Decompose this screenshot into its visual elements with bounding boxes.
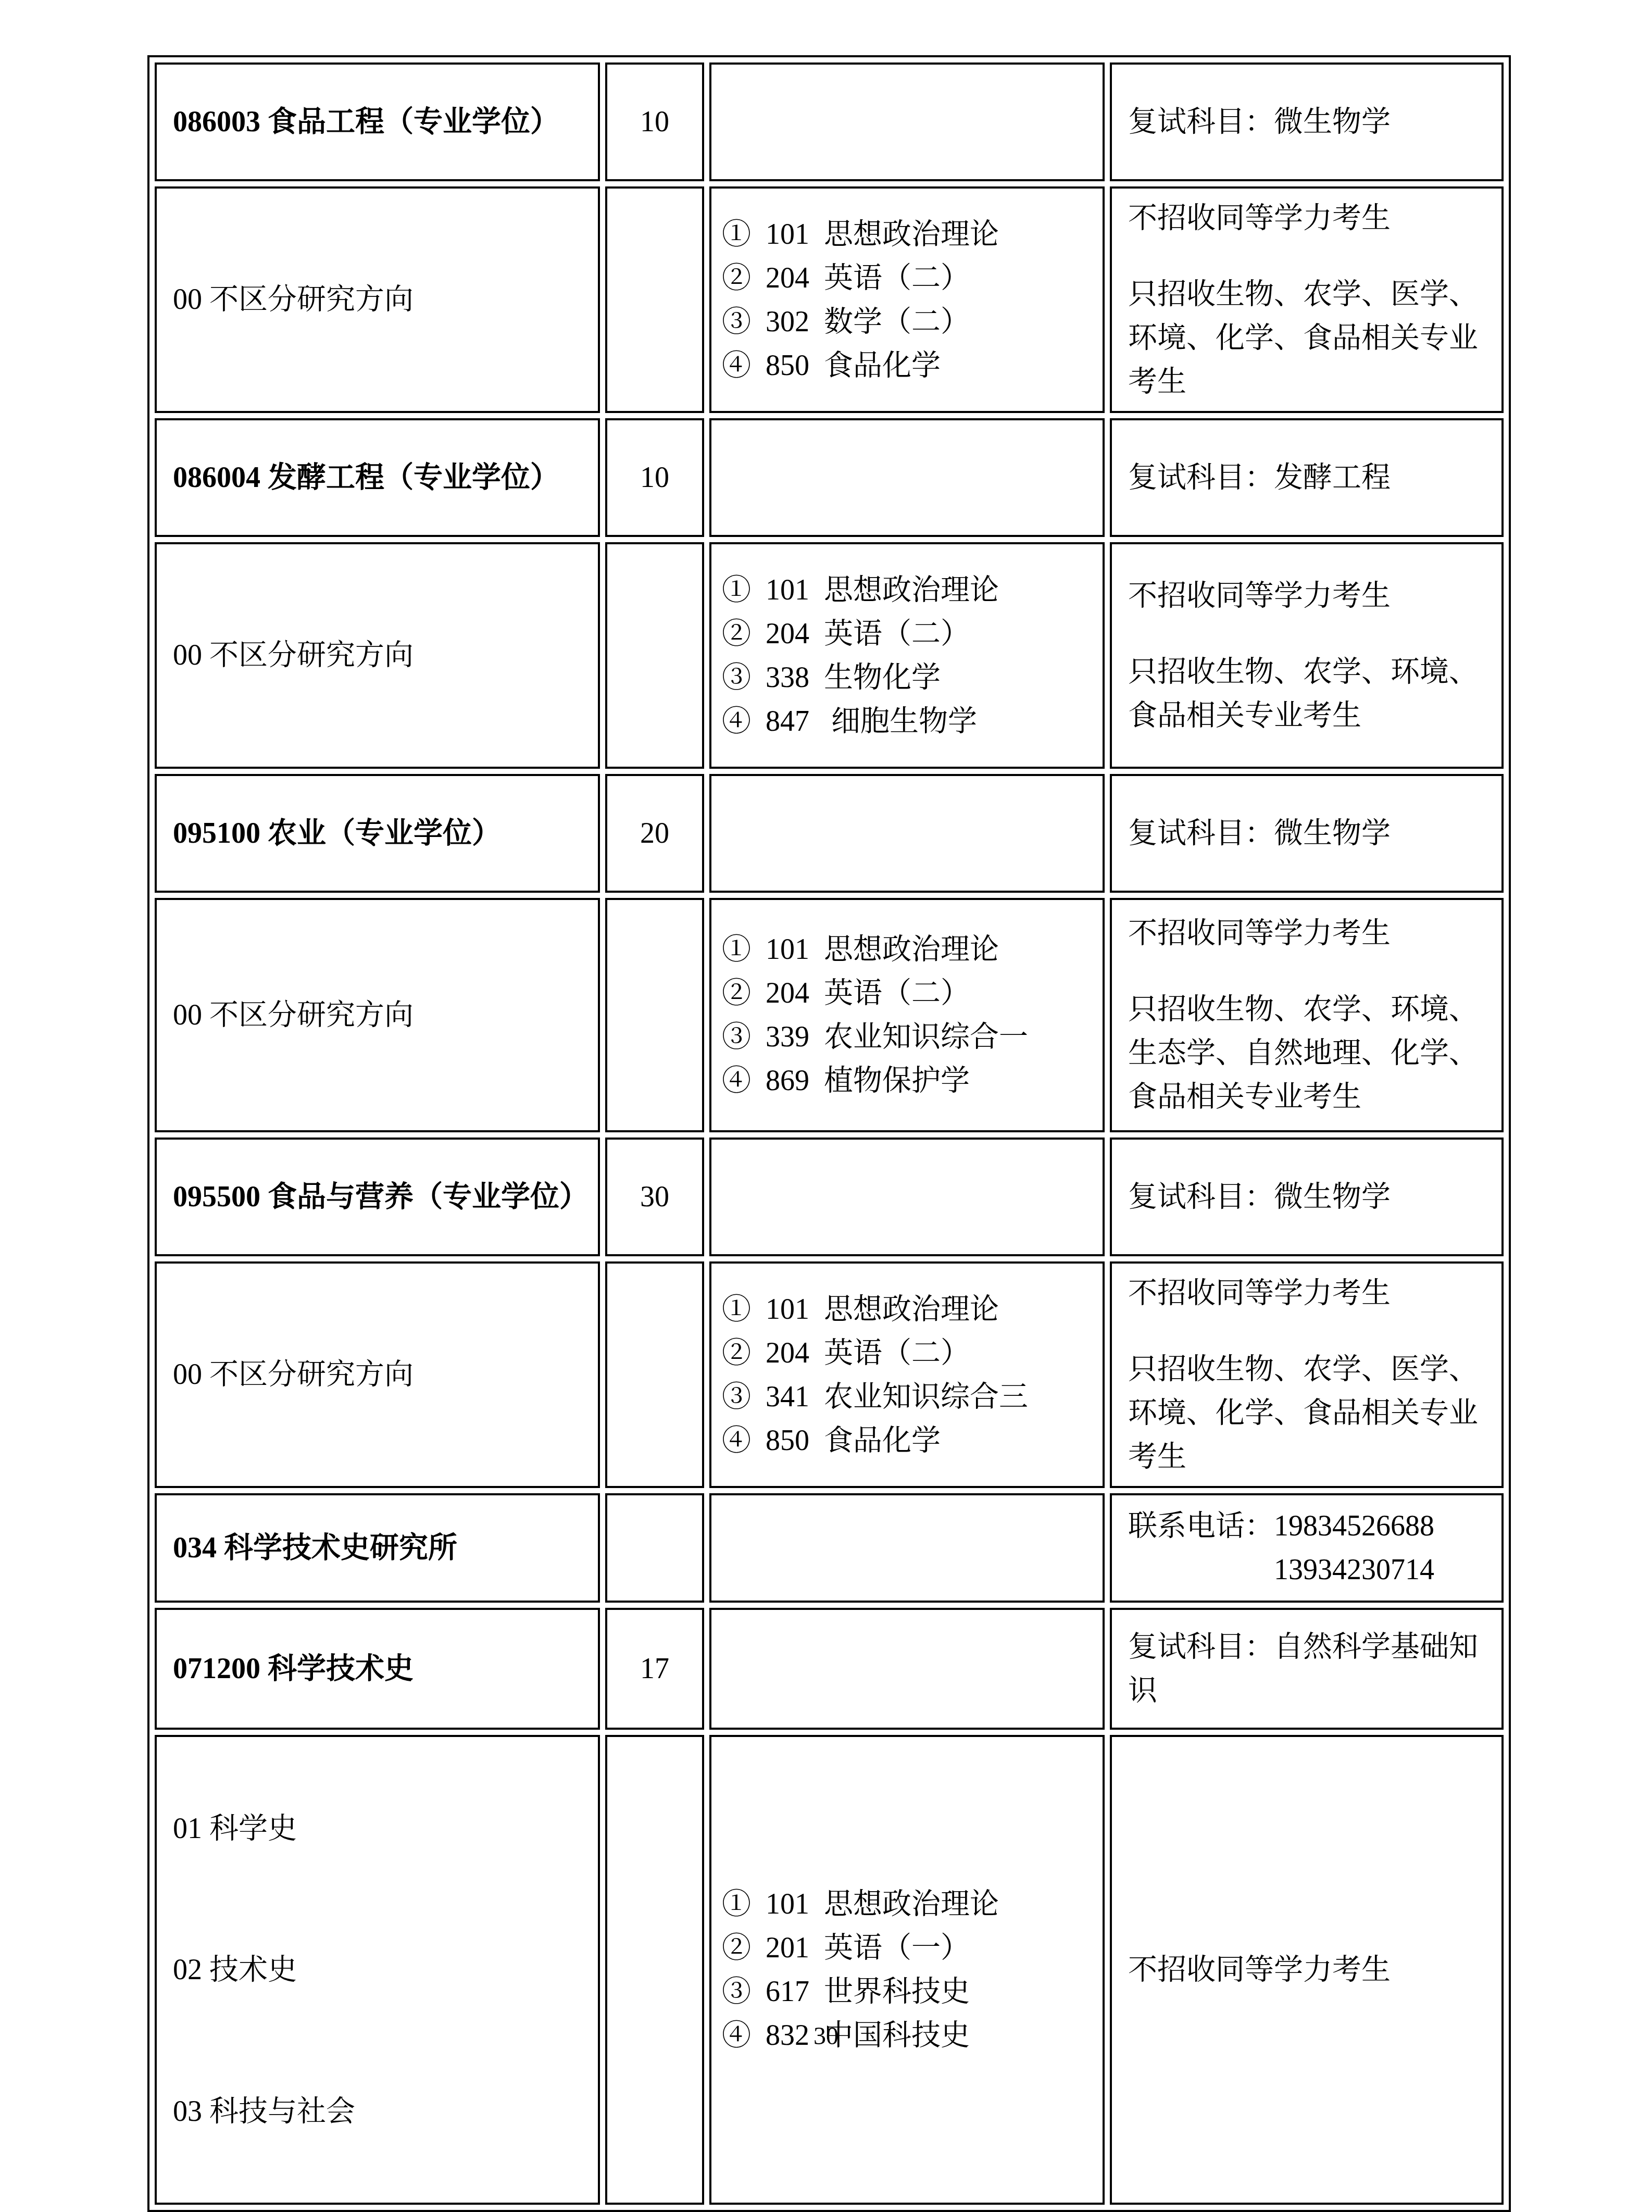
remarks-cell: 复试科目：微生物学 [1110,63,1504,181]
empty-cell [709,1493,1105,1603]
remarks-cell: 不招收同等学力考生 只招收生物、农学、环境、生态学、自然地理、化学、食品相关专业… [1110,898,1504,1132]
direction-line: 03 科技与社会 [173,2096,590,2127]
subject-line: ② 204 英语（二） [722,1331,1094,1375]
remarks-cell: 不招收同等学力考生 只招收生物、农学、医学、环境、化学、食品相关专业考生 [1110,186,1504,413]
empty-cell [709,418,1105,537]
remark-text: 不招收同等学力考生 [1128,911,1481,955]
direction-name-cell: 00 不区分研究方向 [155,898,600,1132]
table-row-direction: 00 不区分研究方向 ① 101 思想政治理论 ② 204 英语（二） ③ 34… [155,1261,1504,1488]
institute-name-cell: 034 科学技术史研究所 [155,1493,600,1603]
direction-name-cell: 00 不区分研究方向 [155,186,600,413]
subjects-cell: ① 101 思想政治理论 ② 204 英语（二） ③ 341 农业知识综合三 ④… [709,1261,1105,1488]
subject-line: ① 101 思想政治理论 [722,1882,1094,1926]
remarks-cell: 不招收同等学力考生 只招收生物、农学、医学、环境、化学、食品相关专业考生 [1110,1261,1504,1488]
program-name-cell: 071200 科学技术史 [155,1608,600,1730]
remark-text: 复试科目：发酵工程 [1128,456,1481,499]
remark-text: 不招收同等学力考生 [1128,574,1481,618]
page-number: 30 [0,2022,1652,2051]
remarks-cell: 复试科目：微生物学 [1110,774,1504,893]
table-row-direction: 00 不区分研究方向 ① 101 思想政治理论 ② 204 英语（二） ③ 33… [155,898,1504,1132]
subject-line: ③ 617 世界科技史 [722,1970,1094,2014]
subjects-cell: ① 101 思想政治理论 ② 201 英语（一） ③ 617 世界科技史 ④ 8… [709,1735,1105,2205]
empty-cell [709,774,1105,893]
quota-cell: 30 [605,1138,704,1256]
subject-line: ④ 850 食品化学 [722,344,1094,388]
subject-line: ① 101 思想政治理论 [722,928,1094,971]
table-row-institute: 034 科学技术史研究所 联系电话：19834526688 1393423071… [155,1493,1504,1603]
program-name-cell: 095500 食品与营养（专业学位） [155,1138,600,1256]
directions-cell: 01 科学史 02 技术史 03 科技与社会 [155,1735,600,2205]
subjects-cell: ① 101 思想政治理论 ② 204 英语（二） ③ 339 农业知识综合一 ④… [709,898,1105,1132]
table-row-directions-group: 01 科学史 02 技术史 03 科技与社会 ① 101 思想政治理论 ② 20… [155,1735,1504,2205]
direction-line: 02 技术史 [173,1954,590,1985]
subjects-cell: ① 101 思想政治理论 ② 204 英语（二） ③ 302 数学（二） ④ 8… [709,186,1105,413]
contact-phone: 19834526688 [1274,1510,1434,1542]
remarks-cell: 不招收同等学力考生 [1110,1735,1504,2205]
table-row-program: 071200 科学技术史 17 复试科目：自然科学基础知识 [155,1608,1504,1730]
remark-text: 复试科目：微生物学 [1128,811,1481,855]
direction-line: 01 科学史 [173,1813,590,1844]
subject-line: ④ 847 细胞生物学 [722,699,1094,743]
remarks-cell: 复试科目：微生物学 [1110,1138,1504,1256]
quota-cell: 10 [605,63,704,181]
subject-line: ④ 850 食品化学 [722,1419,1094,1463]
subjects-cell: ① 101 思想政治理论 ② 204 英语（二） ③ 338 生物化学 ④ 84… [709,542,1105,769]
contact-phone: 13934230714 [1128,1548,1481,1592]
remark-text: 只招收生物、农学、医学、环境、化学、食品相关专业考生 [1128,272,1481,404]
subject-line: ① 101 思想政治理论 [722,1288,1094,1331]
admissions-table: 086003 食品工程（专业学位） 10 复试科目：微生物学 00 不区分研究方… [147,55,1511,2212]
empty-cell [605,1735,704,2205]
subject-line: ③ 302 数学（二） [722,300,1094,344]
remark-text: 不招收同等学力考生 [1128,1948,1481,1992]
remark-text: 不招收同等学力考生 [1128,1271,1481,1315]
remark-text: 不招收同等学力考生 [1128,196,1481,240]
remark-text: 只招收生物、农学、环境、食品相关专业考生 [1128,650,1481,738]
remarks-cell: 不招收同等学力考生 只招收生物、农学、环境、食品相关专业考生 [1110,542,1504,769]
direction-name-cell: 00 不区分研究方向 [155,542,600,769]
subject-line: ② 201 英语（一） [722,1926,1094,1970]
quota-cell: 10 [605,418,704,537]
empty-cell [605,186,704,413]
quota-cell: 17 [605,1608,704,1730]
remarks-cell: 复试科目：发酵工程 [1110,418,1504,537]
subject-line: ① 101 思想政治理论 [722,568,1094,612]
remark-text: 只招收生物、农学、环境、生态学、自然地理、化学、食品相关专业考生 [1128,988,1481,1119]
subject-line: ③ 338 生物化学 [722,656,1094,699]
contact-cell: 联系电话：19834526688 13934230714 [1110,1493,1504,1603]
contact-line: 联系电话：19834526688 [1128,1504,1481,1548]
program-name-cell: 086004 发酵工程（专业学位） [155,418,600,537]
table-row-program: 095100 农业（专业学位） 20 复试科目：微生物学 [155,774,1504,893]
subject-line: ③ 341 农业知识综合三 [722,1375,1094,1419]
document-page: 086003 食品工程（专业学位） 10 复试科目：微生物学 00 不区分研究方… [0,0,1652,2090]
remark-text: 复试科目：自然科学基础知识 [1128,1625,1481,1713]
table-row-program: 095500 食品与营养（专业学位） 30 复试科目：微生物学 [155,1138,1504,1256]
remark-text: 只招收生物、农学、医学、环境、化学、食品相关专业考生 [1128,1347,1481,1479]
subject-line: ② 204 英语（二） [722,971,1094,1015]
empty-cell [605,898,704,1132]
remarks-cell: 复试科目：自然科学基础知识 [1110,1608,1504,1730]
contact-label: 联系电话： [1128,1510,1274,1542]
direction-name-cell: 00 不区分研究方向 [155,1261,600,1488]
subject-line: ② 204 英语（二） [722,256,1094,300]
empty-cell [605,1493,704,1603]
empty-cell [605,1261,704,1488]
empty-cell [709,1138,1105,1256]
subject-line: ② 204 英语（二） [722,612,1094,656]
empty-cell [605,542,704,769]
empty-cell [709,1608,1105,1730]
subject-line: ① 101 思想政治理论 [722,213,1094,256]
program-name-cell: 095100 农业（专业学位） [155,774,600,893]
quota-cell: 20 [605,774,704,893]
program-name-cell: 086003 食品工程（专业学位） [155,63,600,181]
table-row-program: 086003 食品工程（专业学位） 10 复试科目：微生物学 [155,63,1504,181]
remark-text: 复试科目：微生物学 [1128,100,1481,144]
table-row-direction: 00 不区分研究方向 ① 101 思想政治理论 ② 204 英语（二） ③ 33… [155,542,1504,769]
table-row-program: 086004 发酵工程（专业学位） 10 复试科目：发酵工程 [155,418,1504,537]
subject-line: ④ 869 植物保护学 [722,1059,1094,1103]
table-row-direction: 00 不区分研究方向 ① 101 思想政治理论 ② 204 英语（二） ③ 30… [155,186,1504,413]
subject-line: ③ 339 农业知识综合一 [722,1015,1094,1059]
empty-cell [709,63,1105,181]
remark-text: 复试科目：微生物学 [1128,1175,1481,1219]
